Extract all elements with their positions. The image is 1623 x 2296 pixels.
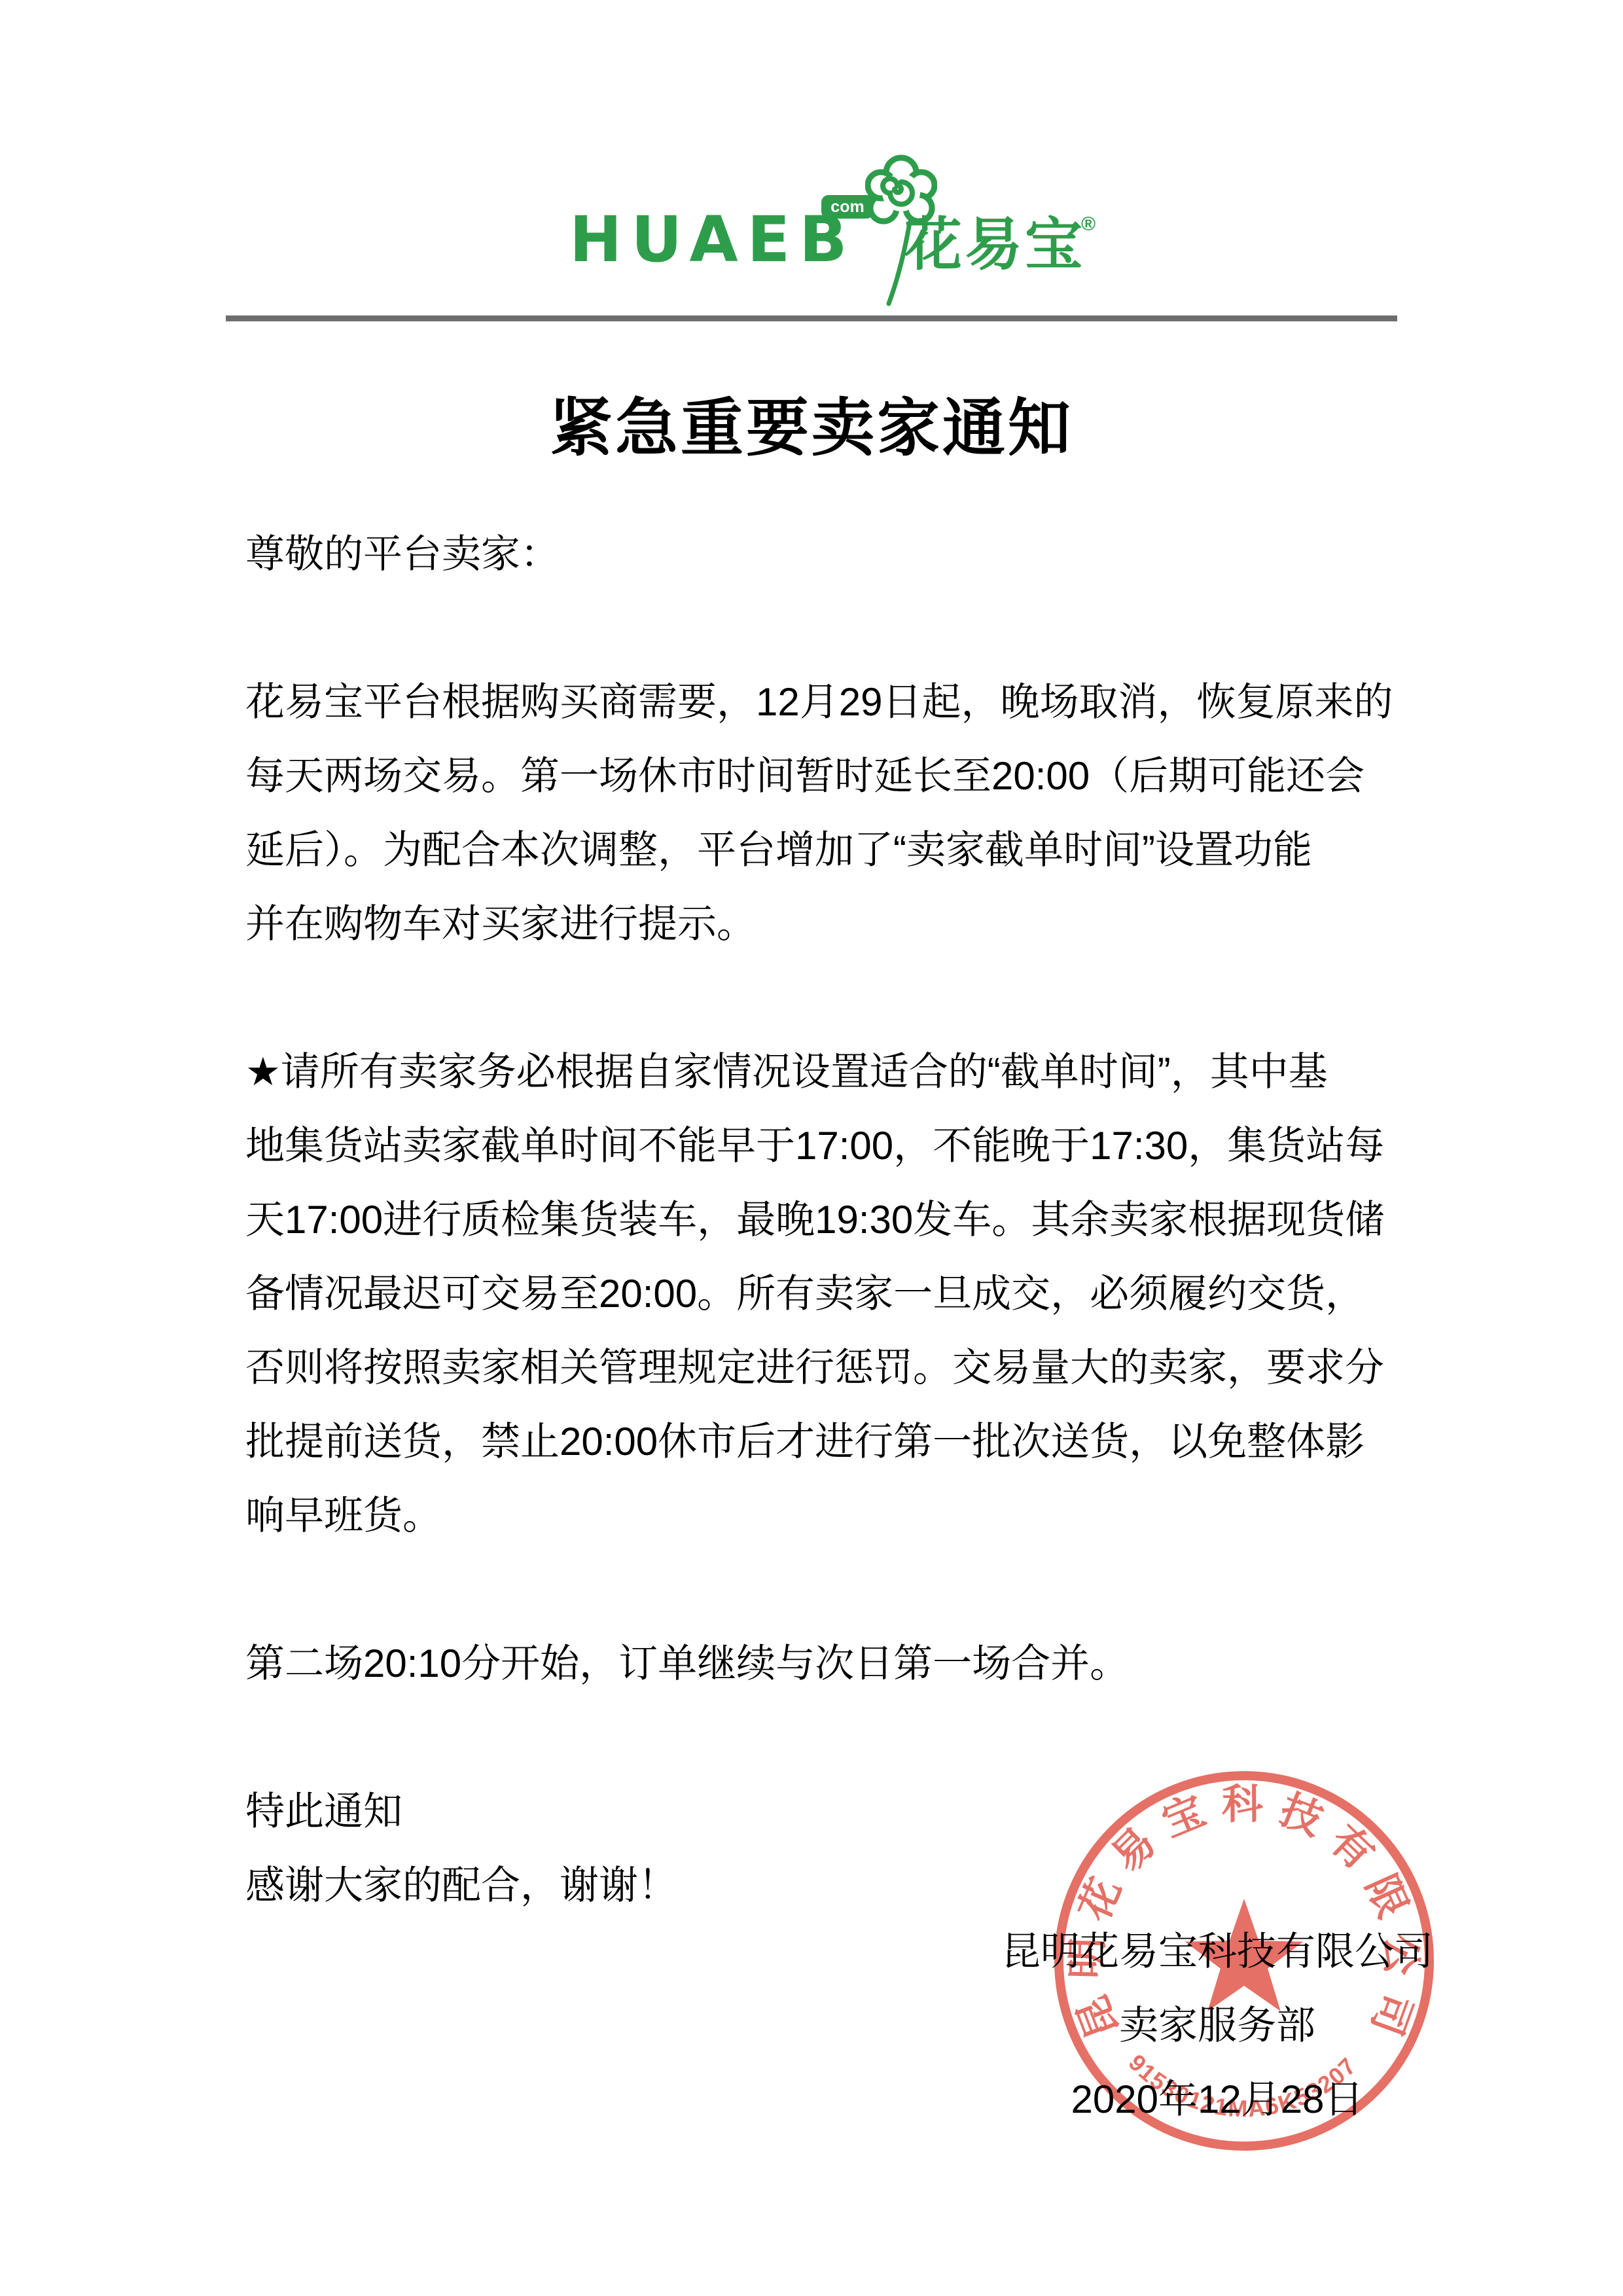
header-divider: [226, 315, 1397, 321]
company-logo: HUAEB com 花易宝 ®: [569, 149, 1106, 313]
page-title: 紧急重要卖家通知: [0, 393, 1623, 465]
notice-document: HUAEB com 花易宝 ® 紧急重要卖家通知 尊敬的平台卖家： 花易宝平台根…: [0, 0, 1623, 2296]
signature-department: 卖家服务部: [969, 1988, 1466, 2062]
com-badge-label: com: [830, 199, 864, 215]
notice-body: 尊敬的平台卖家： 花易宝平台根据购买商需要，12月29日起，晚场取消，恢复原来的…: [245, 517, 1402, 1922]
signature-block: 昆明花易宝科技有限公司 卖家服务部 2020年12月28日: [969, 1914, 1466, 2136]
paragraph-cutoff-rules: ★请所有卖家务必根据自家情况设置适合的“截单时间”，其中基 地集货站卖家截单时间…: [245, 1035, 1402, 1552]
registered-mark-icon: ®: [1081, 213, 1096, 236]
paragraph-schedule-change: 花易宝平台根据购买商需要，12月29日起，晚场取消，恢复原来的 每天两场交易。第…: [245, 665, 1402, 961]
paragraph-second-session: 第二场20:10分开始，订单继续与次日第一场合并。: [245, 1626, 1402, 1700]
signature-date: 2020年12月28日: [969, 2062, 1466, 2136]
signature-company: 昆明花易宝科技有限公司: [969, 1914, 1466, 1988]
brand-cn-name: 花易宝: [904, 216, 1085, 274]
greeting: 尊敬的平台卖家：: [245, 517, 1402, 591]
logo-wordmark: HUAEB: [569, 208, 856, 271]
